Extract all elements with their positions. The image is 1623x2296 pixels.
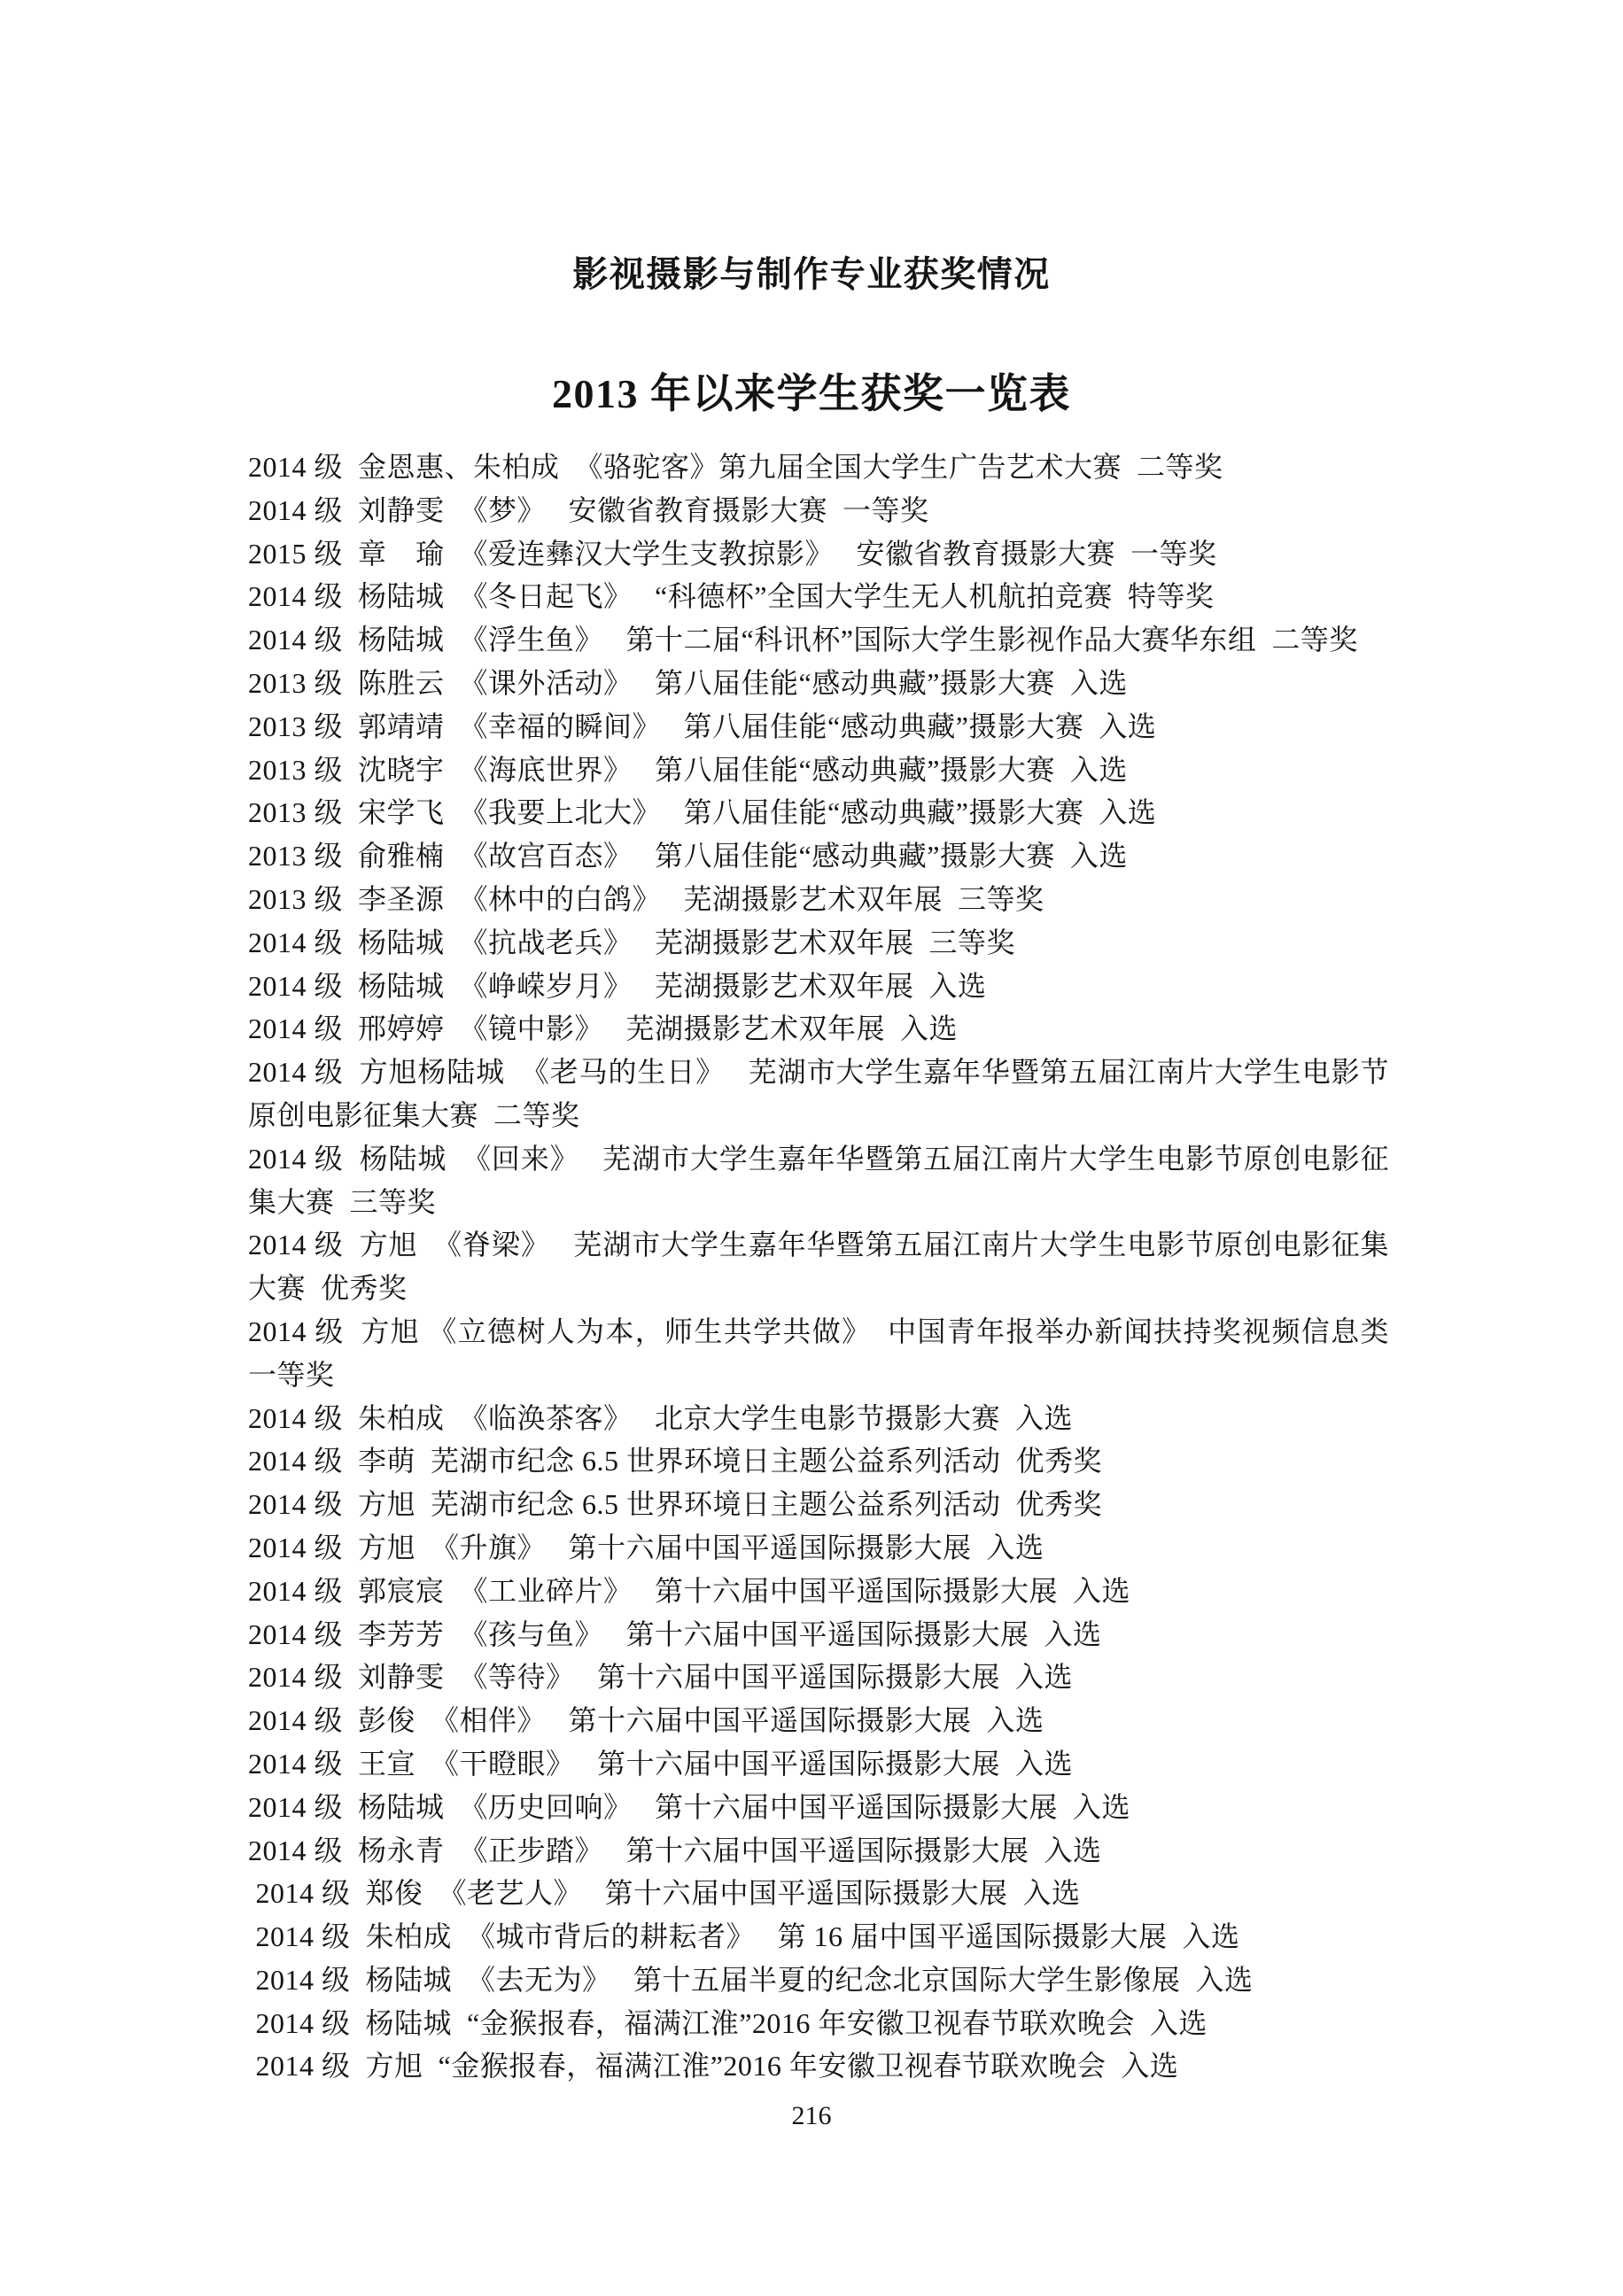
award-entry: 2014 级 杨陆城 《抗战老兵》 芜湖摄影艺术双年展 三等奖 [248, 921, 1389, 965]
award-entry: 2013 级 李圣源 《林中的白鸽》 芜湖摄影艺术双年展 三等奖 [248, 878, 1389, 921]
award-entry: 2014 级 李萌 芜湖市纪念 6.5 世界环境日主题公益系列活动 优秀奖 [248, 1439, 1389, 1483]
award-entry: 2014 级 刘静雯 《梦》 安徽省教育摄影大赛 一等奖 [248, 489, 1389, 532]
award-entry: 2014 级 刘静雯 《等待》 第十六届中国平遥国际摄影大展 入选 [248, 1656, 1389, 1699]
award-entry: 2013 级 陈胜云 《课外活动》 第八届佳能“感动典藏”摄影大赛 入选 [248, 662, 1389, 705]
award-entry: 2014 级 杨陆城 《回来》 芜湖市大学生嘉年华暨第五届江南片大学生电影节原创… [248, 1137, 1389, 1224]
award-entry: 2014 级 邢婷婷 《镜中影》 芜湖摄影艺术双年展 入选 [248, 1007, 1389, 1051]
page-subtitle: 2013 年以来学生获奖一览表 [0, 361, 1623, 420]
award-entry: 2014 级 方旭杨陆城 《老马的生日》 芜湖市大学生嘉年华暨第五届江南片大学生… [248, 1051, 1389, 1137]
award-entry: 2014 级 郑俊 《老艺人》 第十六届中国平遥国际摄影大展 入选 [248, 1872, 1389, 1915]
page-number: 216 [0, 2101, 1623, 2131]
award-entry: 2014 级 杨陆城 《浮生鱼》 第十二届“科讯杯”国际大学生影视作品大赛华东组… [248, 618, 1389, 662]
award-entry: 2014 级 朱柏成 《临涣茶客》 北京大学生电影节摄影大赛 入选 [248, 1397, 1389, 1440]
page-title: 影视摄影与制作专业获奖情况 [0, 246, 1623, 297]
award-entry: 2013 级 郭靖靖 《幸福的瞬间》 第八届佳能“感动典藏”摄影大赛 入选 [248, 705, 1389, 749]
award-entry: 2015 级 章 瑜 《爱连彝汉大学生支教掠影》 安徽省教育摄影大赛 一等奖 [248, 532, 1389, 576]
award-entry: 2013 级 宋学飞 《我要上北大》 第八届佳能“感动典藏”摄影大赛 入选 [248, 791, 1389, 834]
award-entry: 2014 级 方旭 芜湖市纪念 6.5 世界环境日主题公益系列活动 优秀奖 [248, 1483, 1389, 1526]
award-entry: 2014 级 彭俊 《相伴》 第十六届中国平遥国际摄影大展 入选 [248, 1699, 1389, 1742]
awards-list: 2014 级 金恩惠、朱柏成 《骆驼客》第九届全国大学生广告艺术大赛 二等奖20… [248, 446, 1389, 2088]
award-entry: 2014 级 方旭 《立德树人为本，师生共学共做》 中国青年报举办新闻扶持奖视频… [248, 1310, 1389, 1397]
award-entry: 2014 级 方旭 “金猴报春，福满江淮”2016 年安徽卫视春节联欢晚会 入选 [248, 2044, 1389, 2088]
award-entry: 2014 级 方旭 《脊梁》 芜湖市大学生嘉年华暨第五届江南片大学生电影节原创电… [248, 1223, 1389, 1310]
award-entry: 2014 级 杨陆城 《冬日起飞》 “科德杯”全国大学生无人机航拍竞赛 特等奖 [248, 575, 1389, 618]
award-entry: 2013 级 俞雅楠 《故宫百态》 第八届佳能“感动典藏”摄影大赛 入选 [248, 834, 1389, 878]
award-entry: 2013 级 沈晓宇 《海底世界》 第八届佳能“感动典藏”摄影大赛 入选 [248, 749, 1389, 792]
award-entry: 2014 级 杨陆城 “金猴报春，福满江淮”2016 年安徽卫视春节联欢晚会 入… [248, 2002, 1389, 2045]
award-entry: 2014 级 李芳芳 《孩与鱼》 第十六届中国平遥国际摄影大展 入选 [248, 1613, 1389, 1656]
award-entry: 2014 级 朱柏成 《城市背后的耕耘者》 第 16 届中国平遥国际摄影大展 入… [248, 1915, 1389, 1959]
award-entry: 2014 级 金恩惠、朱柏成 《骆驼客》第九届全国大学生广告艺术大赛 二等奖 [248, 446, 1389, 489]
document-page: 影视摄影与制作专业获奖情况 2013 年以来学生获奖一览表 2014 级 金恩惠… [0, 0, 1623, 2296]
award-entry: 2014 级 杨陆城 《峥嵘岁月》 芜湖摄影艺术双年展 入选 [248, 965, 1389, 1008]
award-entry: 2014 级 杨陆城 《历史回响》 第十六届中国平遥国际摄影大展 入选 [248, 1786, 1389, 1829]
award-entry: 2014 级 方旭 《升旗》 第十六届中国平遥国际摄影大展 入选 [248, 1526, 1389, 1570]
award-entry: 2014 级 杨陆城 《去无为》 第十五届半夏的纪念北京国际大学生影像展 入选 [248, 1959, 1389, 2002]
award-entry: 2014 级 郭宸宸 《工业碎片》 第十六届中国平遥国际摄影大展 入选 [248, 1570, 1389, 1613]
award-entry: 2014 级 王宣 《干瞪眼》 第十六届中国平遥国际摄影大展 入选 [248, 1742, 1389, 1786]
award-entry: 2014 级 杨永青 《正步踏》 第十六届中国平遥国际摄影大展 入选 [248, 1829, 1389, 1873]
